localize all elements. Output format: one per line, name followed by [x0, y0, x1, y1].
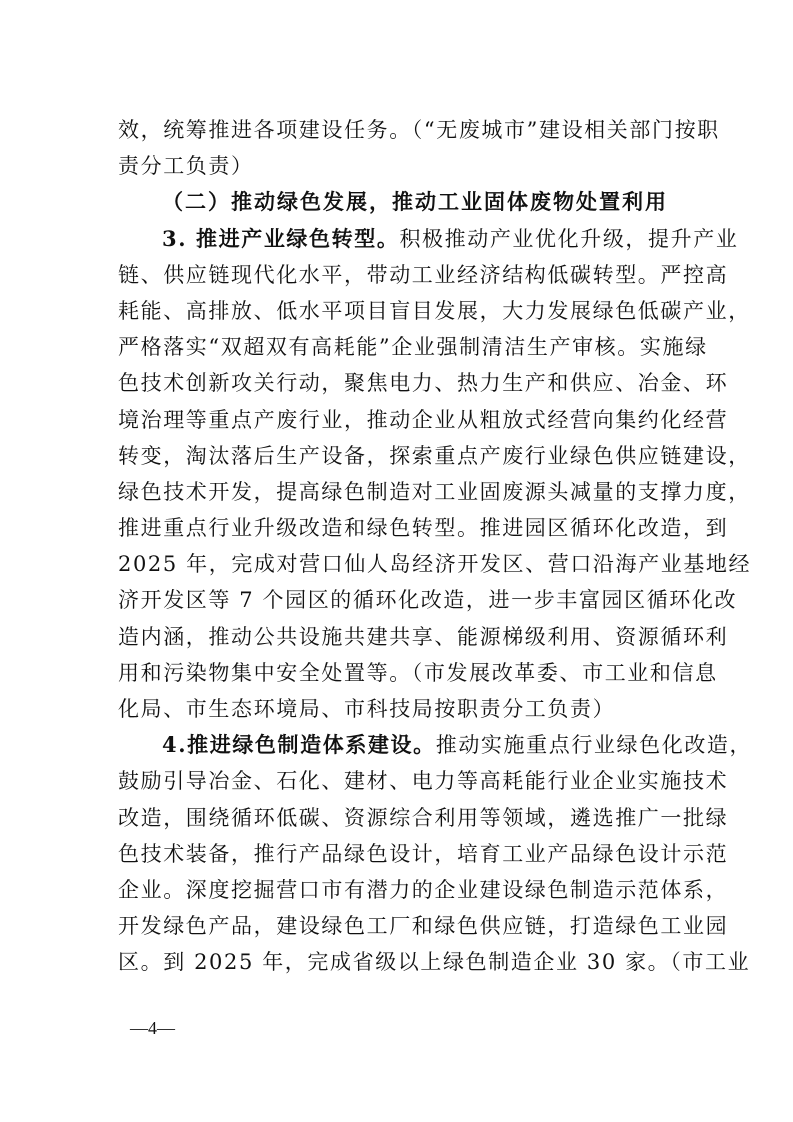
paragraph-line: 企业。深度挖掘营口市有潜力的企业建设绿色制造示范体系，	[118, 872, 700, 908]
line-text: 耗能、高排放、低水平项目盲目发展，大力发展绿色低碳产业，	[118, 293, 751, 329]
paragraph-line: 改造，围绕循环低碳、资源综合利用等领域，遴选推广一批绿	[118, 800, 700, 836]
paragraph-line: 用和污染物集中安全处置等。（市发展改革委、市工业和信息	[118, 655, 700, 691]
paragraph-line: 耗能、高排放、低水平项目盲目发展，大力发展绿色低碳产业，	[118, 293, 700, 329]
paragraph-line: 责分工负责）	[118, 148, 700, 184]
paragraph-line: 严格落实“双超双有高耗能”企业强制清洁生产审核。实施绿	[118, 329, 700, 365]
paragraph-line: 绿色技术开发，提高绿色制造对工业固废源头减量的支撑力度，	[118, 474, 700, 510]
paragraph-line: 2025 年，完成对营口仙人岛经济开发区、营口沿海产业基地经	[118, 546, 700, 582]
paragraph-line: 色技术装备，推行产品绿色设计，培育工业产品绿色设计示范	[118, 836, 700, 872]
line-text: 化局、市生态环境局、市科技局按职责分工负责）	[118, 691, 615, 727]
line-text: 链、供应链现代化水平，带动工业经济结构低碳转型。严控高	[118, 257, 728, 293]
line-text: 色技术创新攻关行动，聚焦电力、热力生产和供应、冶金、环	[118, 365, 728, 401]
paragraph-line: 开发绿色产品，建设绿色工厂和绿色供应链，打造绿色工业园	[118, 908, 700, 944]
paragraph-line: 境治理等重点产废行业，推动企业从粗放式经营向集约化经营	[118, 402, 700, 438]
line-text: 严格落实“双超双有高耗能”企业强制清洁生产审核。实施绿	[118, 329, 708, 365]
paragraph-line: 区。到 2025 年，完成省级以上绿色制造企业 30 家。（市工业	[118, 944, 700, 980]
item-heading-4: 4.推进绿色制造体系建设。	[162, 727, 436, 763]
line-text: 造内涵，推动公共设施共建共享、能源梯级利用、资源循环利	[118, 619, 728, 655]
section-heading-text: （二）推动绿色发展，推动工业固体废物处置利用	[162, 184, 668, 220]
line-text: 效，统筹推进各项建设任务。（“无废城市”建设相关部门按职	[118, 112, 720, 148]
line-text: 绿色技术开发，提高绿色制造对工业固废源头减量的支撑力度，	[118, 474, 751, 510]
line-text: 色技术装备，推行产品绿色设计，培育工业产品绿色设计示范	[118, 836, 728, 872]
line-text: 转变，淘汰落后生产设备，探索重点产废行业绿色供应链建设，	[118, 438, 751, 474]
paragraph-line: 济开发区等 7 个园区的循环化改造，进一步丰富园区循环化改	[118, 582, 700, 618]
line-text: 改造，围绕循环低碳、资源综合利用等领域，遴选推广一批绿	[118, 800, 728, 836]
paragraph-line: 色技术创新攻关行动，聚焦电力、热力生产和供应、冶金、环	[118, 365, 700, 401]
paragraph-line: 鼓励引导冶金、石化、建材、电力等高耗能行业企业实施技术	[118, 763, 700, 799]
section-heading: （二）推动绿色发展，推动工业固体废物处置利用	[118, 184, 700, 220]
paragraph-line: 造内涵，推动公共设施共建共享、能源梯级利用、资源循环利	[118, 619, 700, 655]
line-text: 责分工负责）	[118, 148, 254, 184]
document-page: 效，统筹推进各项建设任务。（“无废城市”建设相关部门按职 责分工负责） （二）推…	[118, 112, 700, 981]
paragraph-line: 化局、市生态环境局、市科技局按职责分工负责）	[118, 691, 700, 727]
line-text: 积极推动产业优化升级，提升产业	[399, 221, 738, 257]
line-text: 企业。深度挖掘营口市有潜力的企业建设绿色制造示范体系，	[118, 872, 728, 908]
paragraph-line: 链、供应链现代化水平，带动工业经济结构低碳转型。严控高	[118, 257, 700, 293]
page-number: —4—	[130, 1018, 175, 1039]
item-heading-3: 3. 推进产业绿色转型。	[162, 221, 399, 257]
line-text: 用和污染物集中安全处置等。（市发展改革委、市工业和信息	[118, 655, 718, 691]
line-text: 推动实施重点行业绿色化改造，	[436, 727, 752, 763]
paragraph-line: 3. 推进产业绿色转型。积极推动产业优化升级，提升产业	[118, 221, 700, 257]
paragraph-line: 效，统筹推进各项建设任务。（“无废城市”建设相关部门按职	[118, 112, 700, 148]
line-text: 区。到 2025 年，完成省级以上绿色制造企业 30 家。（市工业	[118, 944, 750, 980]
line-text: 推进重点行业升级改造和绿色转型。推进园区循环化改造，到	[118, 510, 728, 546]
paragraph-line: 推进重点行业升级改造和绿色转型。推进园区循环化改造，到	[118, 510, 700, 546]
line-text: 境治理等重点产废行业，推动企业从粗放式经营向集约化经营	[118, 402, 728, 438]
line-text: 鼓励引导冶金、石化、建材、电力等高耗能行业企业实施技术	[118, 763, 728, 799]
paragraph-line: 4.推进绿色制造体系建设。推动实施重点行业绿色化改造，	[118, 727, 700, 763]
line-text: 2025 年，完成对营口仙人岛经济开发区、营口沿海产业基地经	[118, 546, 751, 582]
line-text: 开发绿色产品，建设绿色工厂和绿色供应链，打造绿色工业园	[118, 908, 728, 944]
paragraph-line: 转变，淘汰落后生产设备，探索重点产废行业绿色供应链建设，	[118, 438, 700, 474]
line-text: 济开发区等 7 个园区的循环化改造，进一步丰富园区循环化改	[118, 582, 737, 618]
